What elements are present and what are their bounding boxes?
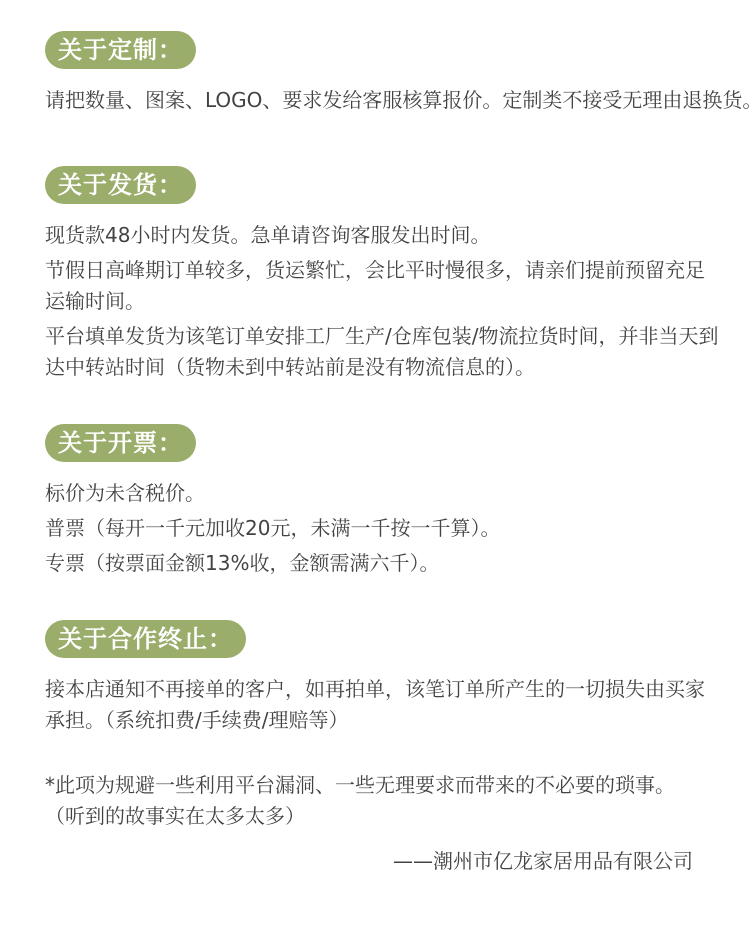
paragraphs-termination: 接本店通知不再接单的客户，如再拍单，该笔订单所产生的一切损失由买家承担。（系统扣… [45, 674, 745, 736]
footnote-line: （听到的故事实在太多太多） [45, 801, 745, 832]
paragraph: 现货款48小时内发货。急单请咨询客服发出时间。 [45, 220, 745, 251]
paragraph: 请把数量、图案、LOGO、要求发给客服核算报价。定制类不接受无理由退换货。 [45, 85, 745, 116]
section-invoicing: 关于开票： 标价为未含税价。普票（每开一千元加收20元，未满一千按一千算）。专票… [45, 424, 745, 579]
section-shipping: 关于发货： 现货款48小时内发货。急单请咨询客服发出时间。节假日高峰期订单较多，… [45, 166, 745, 383]
badge-shipping: 关于发货： [45, 166, 196, 204]
text-line: 标价为未含税价。 [45, 478, 745, 509]
paragraphs-customization: 请把数量、图案、LOGO、要求发给客服核算报价。定制类不接受无理由退换货。 [45, 85, 745, 116]
text-line: 普票（每开一千元加收20元，未满一千按一千算）。 [45, 513, 745, 544]
company-signature: ——潮州市亿龙家居用品有限公司 [45, 846, 745, 877]
text-line: 运输时间。 [45, 286, 745, 317]
store-notice-page: 关于定制： 请把数量、图案、LOGO、要求发给客服核算报价。定制类不接受无理由退… [0, 0, 750, 934]
text-line: 现货款48小时内发货。急单请咨询客服发出时间。 [45, 220, 745, 251]
text-line: 平台填单发货为该笔订单安排工厂生产/仓库包装/物流拉货时间，并非当天到 [45, 321, 745, 352]
text-line: 承担。（系统扣费/手续费/理赔等） [45, 705, 745, 736]
paragraph: 平台填单发货为该笔订单安排工厂生产/仓库包装/物流拉货时间，并非当天到达中转站时… [45, 321, 745, 383]
section-termination: 关于合作终止： 接本店通知不再接单的客户，如再拍单，该笔订单所产生的一切损失由买… [45, 620, 745, 736]
paragraph: 普票（每开一千元加收20元，未满一千按一千算）。 [45, 513, 745, 544]
badge-customization: 关于定制： [45, 31, 196, 69]
section-customization: 关于定制： 请把数量、图案、LOGO、要求发给客服核算报价。定制类不接受无理由退… [45, 31, 745, 116]
badge-invoicing: 关于开票： [45, 424, 196, 462]
paragraph: 专票（按票面金额13%收，金额需满六千）。 [45, 548, 745, 579]
badge-termination: 关于合作终止： [45, 620, 246, 658]
text-line: 节假日高峰期订单较多，货运繁忙，会比平时慢很多，请亲们提前预留充足 [45, 255, 745, 286]
text-line: 请把数量、图案、LOGO、要求发给客服核算报价。定制类不接受无理由退换货。 [45, 85, 745, 116]
footnote: *此项为规避一些利用平台漏洞、一些无理要求而带来的不必要的琐事。 （听到的故事实… [45, 770, 745, 832]
paragraph: 接本店通知不再接单的客户，如再拍单，该笔订单所产生的一切损失由买家承担。（系统扣… [45, 674, 745, 736]
footnote-line: *此项为规避一些利用平台漏洞、一些无理要求而带来的不必要的琐事。 [45, 770, 745, 801]
text-line: 达中转站时间（货物未到中转站前是没有物流信息的）。 [45, 352, 745, 383]
text-line: 专票（按票面金额13%收，金额需满六千）。 [45, 548, 745, 579]
paragraph: 节假日高峰期订单较多，货运繁忙，会比平时慢很多，请亲们提前预留充足运输时间。 [45, 255, 745, 317]
paragraph: 标价为未含税价。 [45, 478, 745, 509]
text-line: 接本店通知不再接单的客户，如再拍单，该笔订单所产生的一切损失由买家 [45, 674, 745, 705]
paragraphs-invoicing: 标价为未含税价。普票（每开一千元加收20元，未满一千按一千算）。专票（按票面金额… [45, 478, 745, 579]
paragraphs-shipping: 现货款48小时内发货。急单请咨询客服发出时间。节假日高峰期订单较多，货运繁忙，会… [45, 220, 745, 383]
